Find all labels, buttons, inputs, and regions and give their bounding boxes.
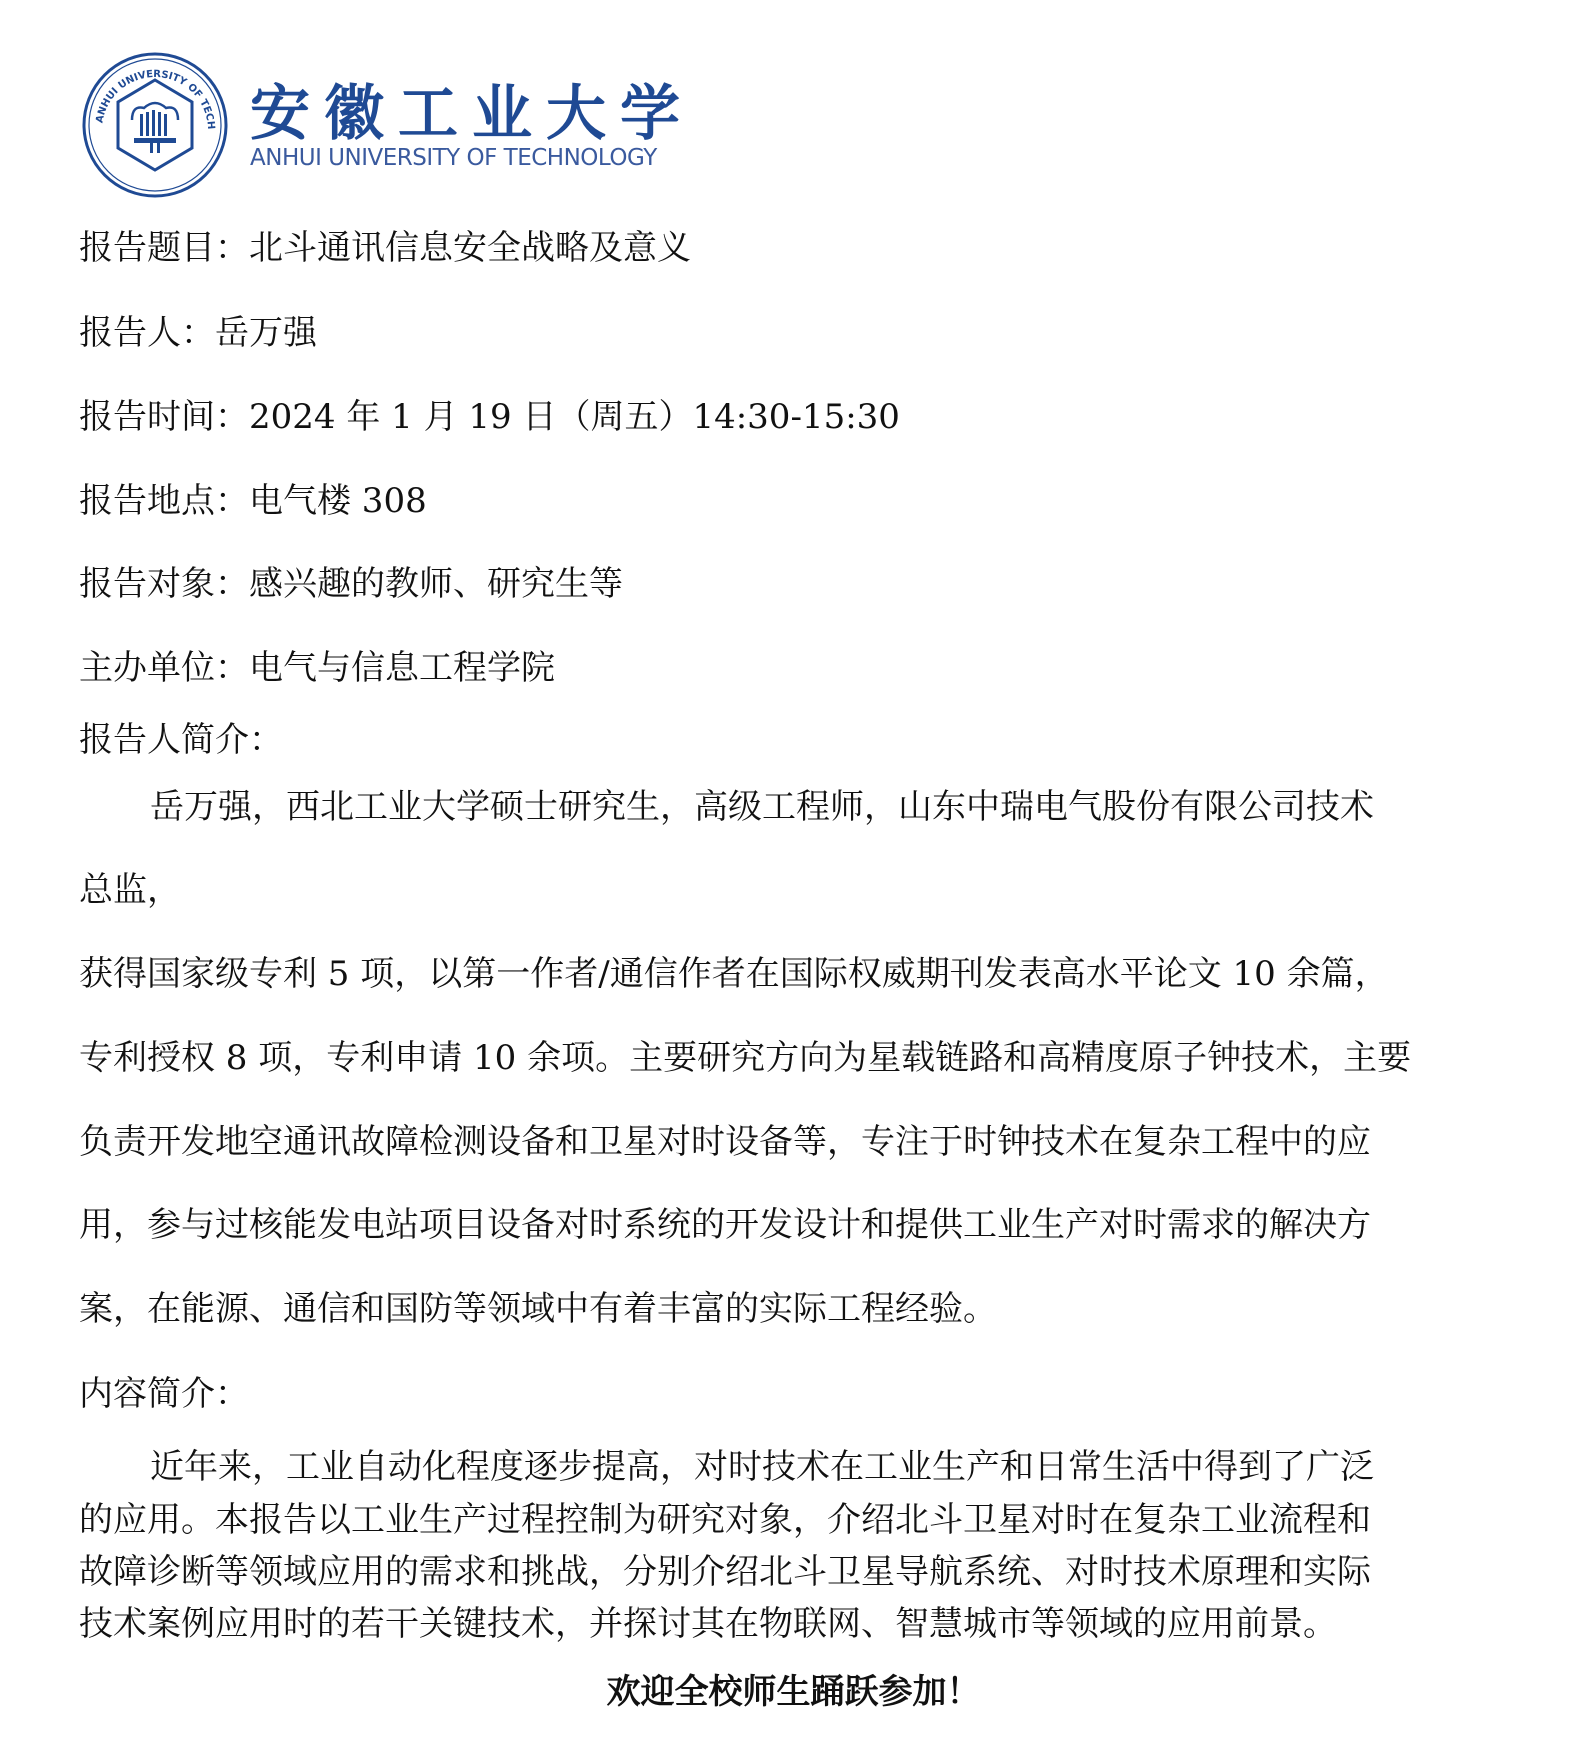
bio-line: 总监， xyxy=(79,870,181,910)
bio-line: 专利授权 8 项，专利申请 10 余项。主要研究方向为星载链路和高精度原子钟技术… xyxy=(79,1038,1411,1078)
organizer: 主办单位：电气与信息工程学院 xyxy=(79,648,555,688)
university-name-en: ANHUI UNIVERSITY OF TECHNOLOGY xyxy=(250,145,657,171)
report-location: 报告地点：电气楼 308 xyxy=(79,481,427,521)
seal-icon: ANHUI UNIVERSITY OF TECHNOLOGY xyxy=(80,50,230,200)
bio-line: 用，参与过核能发电站项目设备对时系统的开发设计和提供工业生产对时需求的解决方 xyxy=(79,1205,1371,1245)
bio-heading: 报告人简介： xyxy=(79,720,283,760)
bio-line: 负责开发地空通讯故障检测设备和卫星对时设备等，专注于时钟技术在复杂工程中的应 xyxy=(79,1122,1371,1162)
content-line: 的应用。本报告以工业生产过程控制为研究对象，介绍北斗卫星对时在复杂工业流程和 xyxy=(79,1500,1371,1540)
speaker: 报告人：岳万强 xyxy=(79,313,317,353)
report-time: 报告时间：2024 年 1 月 19 日（周五）14:30-15:30 xyxy=(79,397,900,437)
content-line: 技术案例应用时的若干关键技术，并探讨其在物联网、智慧城市等领域的应用前景。 xyxy=(79,1604,1337,1644)
content-line: 故障诊断等领域应用的需求和挑战，分别介绍北斗卫星导航系统、对时技术原理和实际 xyxy=(79,1552,1371,1592)
report-audience: 报告对象：感兴趣的教师、研究生等 xyxy=(79,564,623,604)
university-name-cn: 安徽工业大学 xyxy=(250,66,694,152)
report-title: 报告题目：北斗通讯信息安全战略及意义 xyxy=(79,228,691,268)
bio-line: 案，在能源、通信和国防等领域中有着丰富的实际工程经验。 xyxy=(79,1289,997,1329)
university-seal-logo: ANHUI UNIVERSITY OF TECHNOLOGY xyxy=(80,50,230,200)
bio-line: 岳万强，西北工业大学硕士研究生，高级工程师，山东中瑞电气股份有限公司技术 xyxy=(150,787,1374,827)
content-line: 近年来，工业自动化程度逐步提高，对时技术在工业生产和日常生活中得到了广泛 xyxy=(150,1447,1374,1487)
bio-line: 获得国家级专利 5 项，以第一作者/通信作者在国际权威期刊发表高水平论文 10 … xyxy=(79,954,1389,994)
content-heading: 内容简介： xyxy=(79,1374,249,1414)
closing-welcome: 欢迎全校师生踊跃参加！ xyxy=(0,1672,1587,1712)
